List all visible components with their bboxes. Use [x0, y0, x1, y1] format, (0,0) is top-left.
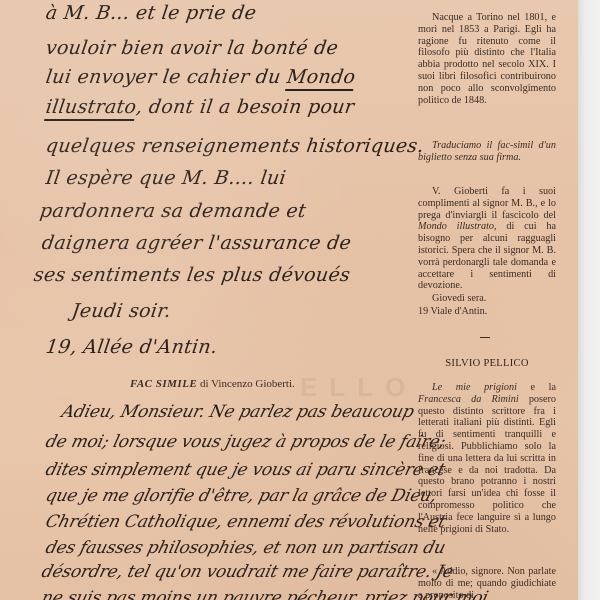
facsimile-caption: FAC SIMILE di Vincenzo Gioberti.	[130, 378, 295, 390]
hand-line: désordre, tel qu'on voudrait me faire pa…	[40, 562, 456, 582]
hand-line: daignera agréer l'assurance de	[40, 232, 352, 254]
closing-day: Giovedì sera.	[418, 293, 556, 305]
facsimile-column: à M. B... et le prie de vouloir bien avo…	[0, 0, 410, 600]
hand-line: 19, Allée d'Antin.	[44, 336, 218, 358]
translation-note: Traduciamo il fac-simil d'un biglietto s…	[418, 140, 556, 164]
section-separator	[480, 337, 490, 338]
hand-line: Chrétien Catholique, ennemi des révoluti…	[44, 512, 448, 532]
hand-line: lui envoyer le cahier du Mondo	[44, 66, 356, 88]
gioberti-biography: Nacque a Torino nel 1801, e morì nel 185…	[418, 12, 556, 106]
hand-line: illustrato, dont il a besoin pour	[44, 96, 355, 118]
pellico-intro: Le mie prigioni e la Francesca da Rimini…	[418, 382, 556, 535]
hand-line: à M. B... et le prie de	[44, 2, 257, 24]
hand-line: dites simplement que je vous ai paru sin…	[44, 460, 448, 480]
hand-line: Adieu, Monsieur. Ne parlez pas beaucoup	[60, 402, 417, 422]
hand-line: quelques renseignements historiques.	[44, 135, 425, 157]
translation-text: V. Gioberti fa i suoi complimenti al sig…	[418, 186, 556, 292]
hand-line: vouloir bien avoir la bonté de	[44, 37, 339, 59]
hand-line: des fausses philosophies, et non un part…	[44, 538, 448, 558]
hand-line: Jeudi soir.	[70, 300, 172, 322]
page-margin-background	[578, 0, 600, 600]
underlined-title: Mondo	[285, 66, 357, 91]
closing-address: 19 Viale d'Antin.	[418, 306, 556, 318]
hand-line: que je me glorifie d'être, par la grâce …	[44, 486, 439, 506]
section-heading-pellico: SILVIO PELLICO	[418, 358, 556, 370]
hand-line: pardonnera sa demande et	[38, 200, 307, 222]
newspaper-page: ELLO à M. B... et le prie de vouloir bie…	[0, 0, 578, 600]
hand-line: Il espère que M. B.... lui	[44, 167, 287, 189]
pellico-quote: « Addio, signore. Non parlate molto di m…	[418, 566, 556, 600]
printed-column: Nacque a Torino nel 1801, e morì nel 185…	[418, 0, 556, 600]
hand-line: ses sentiments les plus dévoués	[32, 264, 351, 286]
hand-line: de moi; lorsque vous jugez à propos de l…	[44, 432, 448, 452]
